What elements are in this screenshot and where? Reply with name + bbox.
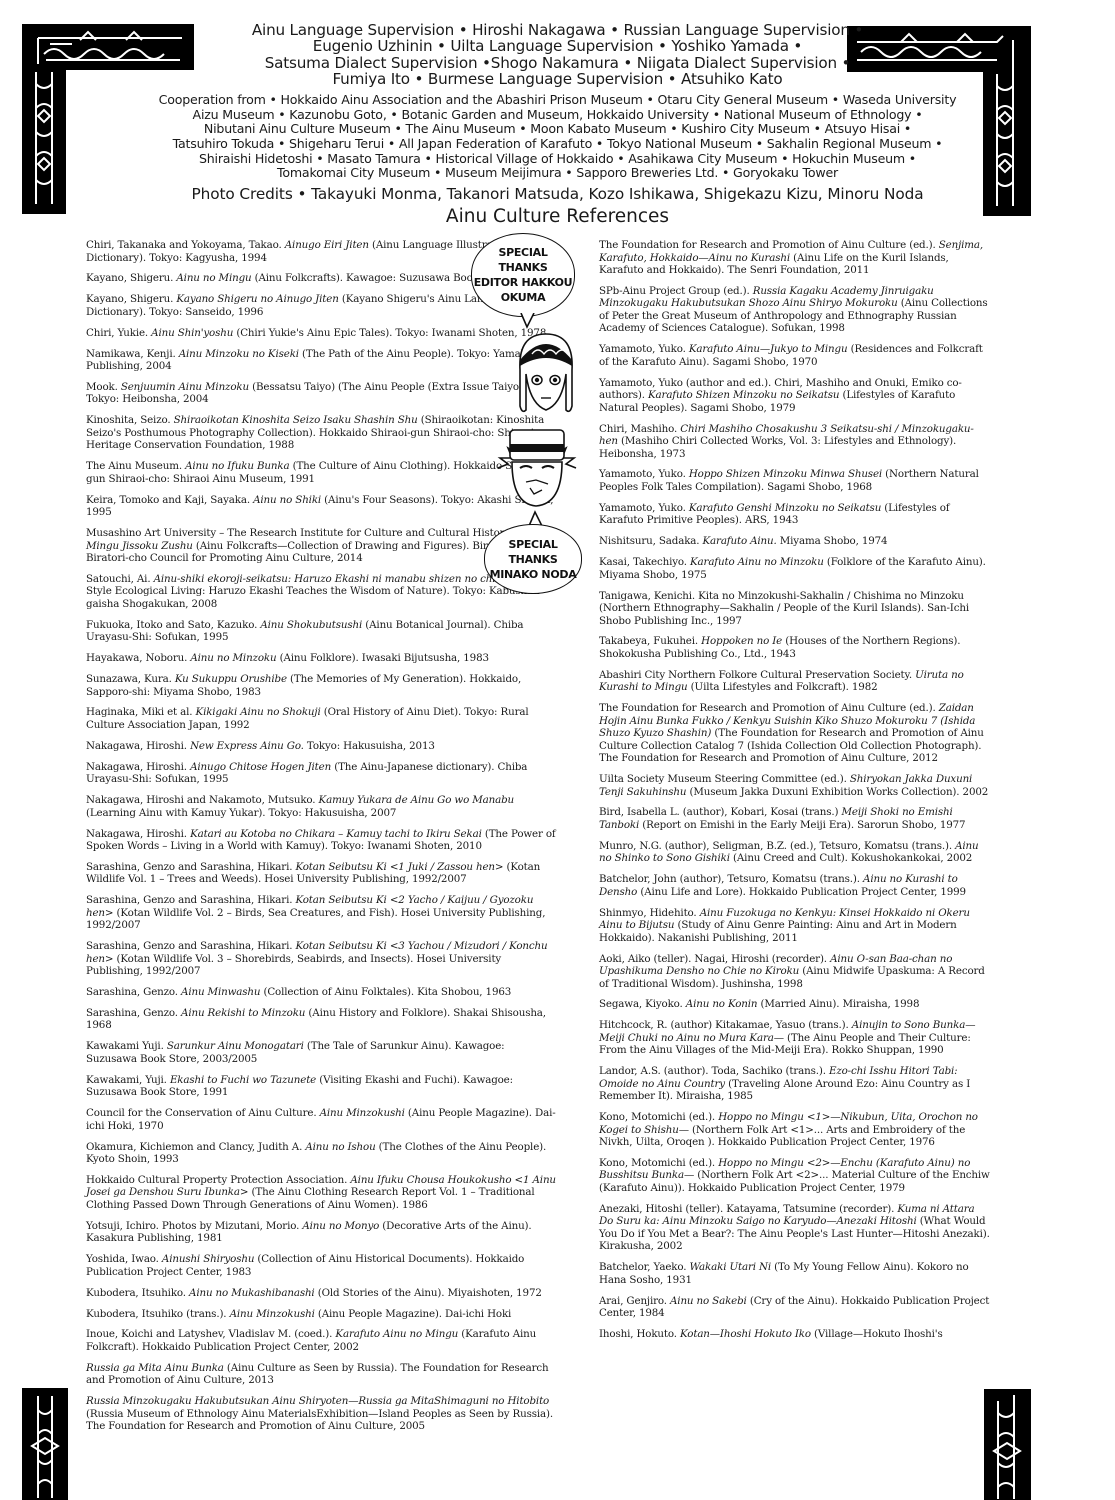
reference-author: Arai, Genjiro. xyxy=(599,1295,670,1307)
reference-title: Kotan Seibutsu Ki <1 Juki / Zassou hen> xyxy=(295,861,503,873)
reference-entry: Fukuoka, Itoko and Sato, Kazuko. Ainu Sh… xyxy=(86,619,556,644)
reference-details: (Ainu Life and Lore). Hokkaido Publicati… xyxy=(637,886,966,898)
reference-author: Takabeya, Fukuhei. xyxy=(599,635,701,647)
reference-author: Kubodera, Itsuhiko. xyxy=(86,1287,189,1299)
reference-author: Kono, Motomichi (ed.). xyxy=(599,1111,718,1123)
reference-title: Katari au Kotoba no Chikara – Kamuy tach… xyxy=(190,828,482,840)
reference-title: Ainu no Mingu xyxy=(176,272,251,284)
cooperation-line: Nibutani Ainu Culture Museum • The Ainu … xyxy=(100,122,1015,137)
reference-entry: Mook. Senjuumin Ainu Minzoku (Bessatsu T… xyxy=(86,381,556,406)
ainu-pattern-icon xyxy=(984,1389,1031,1500)
reference-title: Ainu no Ifuku Bunka xyxy=(185,460,289,472)
reference-author: Kawakami, Yuji. xyxy=(86,1074,170,1086)
reference-author: Hayakawa, Noboru. xyxy=(86,652,190,664)
reference-details: (Russia Museum of Ethnology Ainu Materia… xyxy=(86,1408,553,1433)
reference-details: Tokyo: Hakusuisha, 2013 xyxy=(304,740,435,752)
reference-entry: Chiri, Yukie. Ainu Shin'yoshu (Chiri Yuk… xyxy=(86,327,556,340)
reference-author: Yamamoto, Yuko. xyxy=(599,502,689,514)
reference-details: (Ainu People Magazine). Dai-ichi Hoki xyxy=(315,1308,511,1320)
reference-title: Ainu Minzokushi xyxy=(230,1308,315,1320)
reference-title: Ainu no Konin xyxy=(686,998,758,1010)
reference-entry: Chiri, Mashiho. Chiri Mashiho Chosakushu… xyxy=(599,423,991,461)
reference-entry: Yotsuji, Ichiro. Photos by Mizutani, Mor… xyxy=(86,1220,556,1245)
reference-entry: Satouchi, Ai. Ainu-shiki ekoroji-seikats… xyxy=(86,573,556,611)
reference-entry: Uilta Society Museum Steering Committee … xyxy=(599,773,991,798)
reference-title: Ku Sukuppu Orushibe xyxy=(175,673,287,685)
reference-entry: Hokkaido Cultural Property Protection As… xyxy=(86,1174,556,1212)
reference-entry: Abashiri City Northern Folkore Cultural … xyxy=(599,669,991,694)
reference-author: Yoshida, Iwao. xyxy=(86,1253,162,1265)
reference-title: Ainushi Shiryoshu xyxy=(162,1253,254,1265)
reference-author: Kubodera, Itsuhiko (trans.). xyxy=(86,1308,230,1320)
reference-entry: Landor, A.S. (author). Toda, Sachiko (tr… xyxy=(599,1065,991,1103)
reference-title: Karafuto Shizen Minzoku no Seikatsu xyxy=(648,389,839,401)
reference-entry: Kinoshita, Seizo. Shiraoikotan Kinoshita… xyxy=(86,414,556,452)
reference-entry: Takabeya, Fukuhei. Hoppoken no Ie (House… xyxy=(599,635,991,660)
credits-header: Ainu Language Supervision • Hiroshi Naka… xyxy=(100,22,1015,228)
reference-entry: Arai, Genjiro. Ainu no Sakebi (Cry of th… xyxy=(599,1295,991,1320)
reference-author: Uilta Society Museum Steering Committee … xyxy=(599,773,850,785)
reference-entry: Sarashina, Genzo and Sarashina, Hikari. … xyxy=(86,861,556,886)
reference-entry: Sarashina, Genzo and Sarashina, Hikari. … xyxy=(86,940,556,978)
reference-title: Karafuto Ainu—Jukyo to Mingu xyxy=(689,343,848,355)
supervision-credits: Ainu Language Supervision • Hiroshi Naka… xyxy=(100,22,1015,87)
bubble-text: OKUMA xyxy=(501,290,546,305)
reference-author: SPb-Ainu Project Group (ed.). xyxy=(599,285,753,297)
reference-entry: Okamura, Kichiemon and Clancy, Judith A.… xyxy=(86,1141,556,1166)
cooperation-line: Tomakomai City Museum • Museum Meijimura… xyxy=(100,166,1015,181)
reference-title: Russia Minzokugaku Hakubutsukan Ainu Shi… xyxy=(86,1395,549,1407)
reference-author: Abashiri City Northern Folkore Cultural … xyxy=(599,669,915,681)
reference-entry: SPb-Ainu Project Group (ed.). Russia Kag… xyxy=(599,285,991,335)
reference-title: Ainu-shiki ekoroji-seikatsu: Haruzo Ekas… xyxy=(154,573,502,585)
reference-title: Ainu no Minzoku xyxy=(190,652,276,664)
reference-author: Satouchi, Ai. xyxy=(86,573,154,585)
reference-entry: Kubodera, Itsuhiko. Ainu no Mukashibanas… xyxy=(86,1287,556,1300)
bubble-text: THANKS xyxy=(498,260,547,275)
cooperation-line: Cooperation from • Hokkaido Ainu Associa… xyxy=(100,93,1015,108)
reference-title: Karafuto Ainu no Minzoku xyxy=(690,556,824,568)
reference-title: Ainu Minzoku no Kiseki xyxy=(179,348,299,360)
reference-title: Karafuto Genshi Minzoku no Seikatsu xyxy=(689,502,881,514)
reference-entry: Batchelor, John (author), Tetsuro, Komat… xyxy=(599,873,991,898)
reference-author: Fukuoka, Itoko and Sato, Kazuko. xyxy=(86,619,260,631)
reference-title: Ainu no Ishou xyxy=(305,1141,375,1153)
reference-title: Karafuto Ainu. xyxy=(703,535,777,547)
reference-title: Hoppoken no Ie xyxy=(701,635,782,647)
reference-entry: The Foundation for Research and Promotio… xyxy=(599,239,991,277)
reference-entry: Batchelor, Yaeko. Wakaki Utari Ni (To My… xyxy=(599,1261,991,1286)
reference-title: Russia ga Mita Ainu Bunka xyxy=(86,1362,224,1374)
reference-author: Keira, Tomoko and Kaji, Sayaka. xyxy=(86,494,253,506)
reference-entry: Kawakami, Yuji. Ekashi to Fuchi wo Tazun… xyxy=(86,1074,556,1099)
reference-author: Nishitsuru, Sadaka. xyxy=(599,535,703,547)
reference-author: Batchelor, John (author), Tetsuro, Komat… xyxy=(599,873,863,885)
reference-details: (Ainu Folklore). Iwasaki Bijutsusha, 198… xyxy=(276,652,488,664)
reference-entry: Haginaka, Miki et al. Kikigaki Ainu no S… xyxy=(86,706,556,731)
cooperation-credits: Cooperation from • Hokkaido Ainu Associa… xyxy=(100,93,1015,181)
ainu-pattern-icon xyxy=(22,1388,68,1500)
bubble-text: THANKS xyxy=(508,552,557,567)
reference-details: (Ainu Creed and Cult). Kokushokankokai, … xyxy=(730,852,972,864)
reference-entry: The Foundation for Research and Promotio… xyxy=(599,702,991,765)
speech-bubble-special-thanks-noda: SPECIAL THANKS MINAKO NODA xyxy=(484,524,582,594)
reference-title: Ainu no Mukashibanashi xyxy=(189,1287,315,1299)
supervision-line: Satsuma Dialect Supervision •Shogo Nakam… xyxy=(100,55,1015,71)
reference-title: Ainu Minwashu xyxy=(181,986,260,998)
reference-author: Ihoshi, Hokuto. xyxy=(599,1328,680,1340)
supervision-line: Eugenio Uzhinin • Uilta Language Supervi… xyxy=(100,38,1015,54)
reference-author: Okamura, Kichiemon and Clancy, Judith A. xyxy=(86,1141,305,1153)
reference-title: Ekashi to Fuchi wo Tazunete xyxy=(170,1074,316,1086)
reference-details: (Report on Emishi in the Early Meiji Era… xyxy=(639,819,965,831)
reference-entry: Kubodera, Itsuhiko (trans.). Ainu Minzok… xyxy=(86,1308,556,1321)
supervision-line: Fumiya Ito • Burmese Language Supervisio… xyxy=(100,71,1015,87)
bubble-text: SPECIAL xyxy=(508,537,557,552)
reference-entry: Tanigawa, Kenichi. Kita no Minzokushi-Sa… xyxy=(599,590,991,628)
reference-author: Chiri, Yukie. xyxy=(86,327,151,339)
reference-entry: Nakagawa, Hiroshi and Nakamoto, Mutsuko.… xyxy=(86,794,556,819)
reference-author: Batchelor, Yaeko. xyxy=(599,1261,690,1273)
reference-author: Kinoshita, Seizo. xyxy=(86,414,174,426)
character-face-cap-icon xyxy=(496,428,578,508)
reference-author: The Foundation for Research and Promotio… xyxy=(599,239,939,251)
reference-title: Senjuumin Ainu Minzoku xyxy=(121,381,249,393)
reference-author: Yamamoto, Yuko. xyxy=(599,468,689,480)
reference-entry: Hayakawa, Noboru. Ainu no Minzoku (Ainu … xyxy=(86,652,556,665)
reference-author: The Ainu Museum. xyxy=(86,460,185,472)
reference-title: Kikigaki Ainu no Shokuji xyxy=(196,706,321,718)
reference-author: Sunazawa, Kura. xyxy=(86,673,175,685)
reference-entry: Namikawa, Kenji. Ainu Minzoku no Kiseki … xyxy=(86,348,556,373)
reference-entry: Sarashina, Genzo. Ainu Minwashu (Collect… xyxy=(86,986,556,999)
reference-author: Sarashina, Genzo and Sarashina, Hikari. xyxy=(86,861,295,873)
reference-title: Wakaki Utari Ni xyxy=(690,1261,772,1273)
cooperation-line: Aizu Museum • Kazunobu Goto, • Botanic G… xyxy=(100,108,1015,123)
speech-bubble-tail-icon xyxy=(520,313,536,329)
reference-entry: Hitchcock, R. (author) Kitakamae, Yasuo … xyxy=(599,1019,991,1057)
reference-author: Hokkaido Cultural Property Protection As… xyxy=(86,1174,350,1186)
reference-entry: Nishitsuru, Sadaka. Karafuto Ainu. Miyam… xyxy=(599,535,991,548)
reference-title: Karafuto Ainu no Mingu xyxy=(335,1328,458,1340)
reference-entry: Nakagawa, Hiroshi. New Express Ainu Go. … xyxy=(86,740,556,753)
reference-title: Sarunkur Ainu Monogatari xyxy=(167,1040,304,1052)
reference-entry: Aoki, Aiko (teller). Nagai, Hiroshi (rec… xyxy=(599,953,991,991)
reference-author: Chiri, Mashiho. xyxy=(599,423,680,435)
reference-author: Anezaki, Hitoshi (teller). Katayama, Tat… xyxy=(599,1203,897,1215)
reference-title: Ainugo Chitose Hogen Jiten xyxy=(190,761,331,773)
reference-entry: Segawa, Kiyoko. Ainu no Konin (Married A… xyxy=(599,998,991,1011)
reference-details: (Chiri Yukie's Ainu Epic Tales). Tokyo: … xyxy=(233,327,546,339)
reference-author: Kawakami Yuji. xyxy=(86,1040,167,1052)
reference-author: Yamamoto, Yuko. xyxy=(599,343,689,355)
bubble-text: MINAKO NODA xyxy=(490,567,577,582)
photo-credits: Photo Credits • Takayuki Monma, Takanori… xyxy=(100,185,1015,203)
reference-author: Sarashina, Genzo. xyxy=(86,986,181,998)
reference-author: Hitchcock, R. (author) Kitakamae, Yasuo … xyxy=(599,1019,852,1031)
reference-author: Haginaka, Miki et al. xyxy=(86,706,196,718)
reference-entry: Yamamoto, Yuko. Karafuto Ainu—Jukyo to M… xyxy=(599,343,991,368)
reference-title: Ainu no Sakebi xyxy=(670,1295,747,1307)
reference-details: (Kotan Wildlife Vol. 3 – Shorebirds, Sea… xyxy=(86,953,501,978)
reference-details: (Learning Ainu with Kamuy Yukar). Tokyo:… xyxy=(86,807,396,819)
reference-author: Inoue, Koichi and Latyshev, Vladislav M.… xyxy=(86,1328,335,1340)
references-heading: Ainu Culture References xyxy=(100,206,1015,228)
reference-title: New Express Ainu Go. xyxy=(190,740,304,752)
reference-details: (Village—Hokuto Ihoshi's xyxy=(811,1328,943,1340)
reference-entry: Anezaki, Hitoshi (teller). Katayama, Tat… xyxy=(599,1203,991,1253)
bubble-text: EDITOR HAKKOU xyxy=(474,275,573,290)
reference-entry: Russia ga Mita Ainu Bunka (Ainu Culture … xyxy=(86,1362,556,1387)
reference-author: Kasai, Takechiyo. xyxy=(599,556,690,568)
reference-entry: Sarashina, Genzo. Ainu Rekishi to Minzok… xyxy=(86,1007,556,1032)
reference-entry: Yoshida, Iwao. Ainushi Shiryoshu (Collec… xyxy=(86,1253,556,1278)
reference-entry: Yamamoto, Yuko (author and ed.). Chiri, … xyxy=(599,377,991,415)
reference-author: Namikawa, Kenji. xyxy=(86,348,179,360)
bubble-text: SPECIAL xyxy=(498,245,547,260)
reference-details: (Collection of Ainu Folktales). Kita Sho… xyxy=(260,986,511,998)
reference-title: Kayano Shigeru no Ainugo Jiten xyxy=(176,293,338,305)
reference-entry: Inoue, Koichi and Latyshev, Vladislav M.… xyxy=(86,1328,556,1353)
reference-details: (Museum Jakka Duxuni Exhibition Works Co… xyxy=(686,786,988,798)
cooperation-line: Shiraishi Hidetoshi • Masato Tamura • Hi… xyxy=(100,152,1015,167)
reference-entry: Sarashina, Genzo and Sarashina, Hikari. … xyxy=(86,894,556,932)
reference-author: Sarashina, Genzo. xyxy=(86,1007,181,1019)
reference-author: Council for the Conservation of Ainu Cul… xyxy=(86,1107,320,1119)
reference-author: Yotsuji, Ichiro. Photos by Mizutani, Mor… xyxy=(86,1220,302,1232)
reference-title: Kamuy Yukara de Ainu Go wo Manabu xyxy=(319,794,515,806)
reference-title: Hoppo Shizen Minzoku Minwa Shusei xyxy=(689,468,882,480)
reference-title: Kotan—Ihoshi Hokuto Iko xyxy=(680,1328,811,1340)
reference-entry: Shinmyo, Hidehito. Ainu Fuzokuga no Kenk… xyxy=(599,907,991,945)
reference-details: (Married Ainu). Miraisha, 1998 xyxy=(757,998,919,1010)
reference-entry: Russia Minzokugaku Hakubutsukan Ainu Shi… xyxy=(86,1395,556,1433)
reference-entry: Kono, Motomichi (ed.). Hoppo no Mingu <1… xyxy=(599,1111,991,1149)
reference-entry: Council for the Conservation of Ainu Cul… xyxy=(86,1107,556,1132)
reference-author: Segawa, Kiyoko. xyxy=(599,998,686,1010)
references-left-column: Chiri, Takanaka and Yokoyama, Takao. Ain… xyxy=(86,239,556,1441)
reference-author: Chiri, Takanaka and Yokoyama, Takao. xyxy=(86,239,285,251)
reference-author: Nakagawa, Hiroshi. xyxy=(86,828,190,840)
reference-title: Ainu Minzokushi xyxy=(320,1107,405,1119)
reference-title: Ainu Shokubutsushi xyxy=(260,619,362,631)
reference-author: Musashino Art University – The Research … xyxy=(86,527,515,539)
reference-entry: Nakagawa, Hiroshi. Ainugo Chitose Hogen … xyxy=(86,761,556,786)
reference-author: Nakagawa, Hiroshi and Nakamoto, Mutsuko. xyxy=(86,794,319,806)
reference-author: Munro, N.G. (author), Seligman, B.Z. (ed… xyxy=(599,840,955,852)
reference-entry: Kasai, Takechiyo. Karafuto Ainu no Minzo… xyxy=(599,556,991,581)
references-right-column: The Foundation for Research and Promotio… xyxy=(599,239,991,1349)
reference-entry: Nakagawa, Hiroshi. Katari au Kotoba no C… xyxy=(86,828,556,853)
reference-author: Kayano, Shigeru. xyxy=(86,293,176,305)
character-face-headband-icon xyxy=(510,330,582,418)
reference-author: Mook. xyxy=(86,381,121,393)
reference-details: (Mashiho Chiri Collected Works, Vol. 3: … xyxy=(599,435,956,460)
reference-entry: Bird, Isabella L. (author), Kobari, Kosa… xyxy=(599,806,991,831)
reference-entry: Munro, N.G. (author), Seligman, B.Z. (ed… xyxy=(599,840,991,865)
reference-author: Tanigawa, Kenichi. Kita no Minzokushi-Sa… xyxy=(599,590,969,627)
reference-details: (Kotan Wildlife Vol. 2 – Birds, Sea Crea… xyxy=(86,907,545,932)
reference-author: Nakagawa, Hiroshi. xyxy=(86,761,190,773)
reference-entry: Sunazawa, Kura. Ku Sukuppu Orushibe (The… xyxy=(86,673,556,698)
reference-entry: The Ainu Museum. Ainu no Ifuku Bunka (Th… xyxy=(86,460,556,485)
ainu-pattern-border-bottom-left xyxy=(22,1388,68,1500)
reference-author: The Foundation for Research and Promotio… xyxy=(599,702,939,714)
reference-title: Ainu Shin'yoshu xyxy=(151,327,233,339)
reference-entry: Keira, Tomoko and Kaji, Sayaka. Ainu no … xyxy=(86,494,556,519)
speech-bubble-special-thanks-okuma: SPECIAL THANKS EDITOR HAKKOU OKUMA xyxy=(471,233,575,317)
reference-title: Shiraoikotan Kinoshita Seizo Isaku Shash… xyxy=(174,414,418,426)
reference-title: Ainu Rekishi to Minzoku xyxy=(181,1007,305,1019)
reference-entry: Yamamoto, Yuko. Hoppo Shizen Minzoku Min… xyxy=(599,468,991,493)
reference-entry: Kono, Motomichi (ed.). Hoppo no Mingu <2… xyxy=(599,1157,991,1195)
reference-author: Kono, Motomichi (ed.). xyxy=(599,1157,718,1169)
reference-author: Nakagawa, Hiroshi. xyxy=(86,740,190,752)
ainu-pattern-border-bottom-right xyxy=(984,1389,1031,1500)
reference-details: Miyama Shobo, 1974 xyxy=(777,535,888,547)
cooperation-line: Tatsuhiro Tokuda • Shigeharu Terui • All… xyxy=(100,137,1015,152)
reference-title: Ainu no Monyo xyxy=(302,1220,379,1232)
reference-entry: Ihoshi, Hokuto. Kotan—Ihoshi Hokuto Iko … xyxy=(599,1328,991,1341)
reference-entry: Yamamoto, Yuko. Karafuto Genshi Minzoku … xyxy=(599,502,991,527)
reference-title: Ainu no Shiki xyxy=(253,494,321,506)
reference-details: (Old Stories of the Ainu). Miyaishoten, … xyxy=(315,1287,542,1299)
reference-author: Bird, Isabella L. (author), Kobari, Kosa… xyxy=(599,806,841,818)
reference-author: Aoki, Aiko (teller). Nagai, Hiroshi (rec… xyxy=(599,953,830,965)
supervision-line: Ainu Language Supervision • Hiroshi Naka… xyxy=(100,22,1015,38)
reference-title: Ainugo Eiri Jiten xyxy=(285,239,369,251)
reference-details: (Uilta Lifestyles and Folkcraft). 1982 xyxy=(688,681,878,693)
reference-author: Kayano, Shigeru. xyxy=(86,272,176,284)
reference-author: Sarashina, Genzo and Sarashina, Hikari. xyxy=(86,894,295,906)
reference-author: Shinmyo, Hidehito. xyxy=(599,907,700,919)
reference-author: Landor, A.S. (author). Toda, Sachiko (tr… xyxy=(599,1065,829,1077)
reference-author: Sarashina, Genzo and Sarashina, Hikari. xyxy=(86,940,295,952)
reference-entry: Kawakami Yuji. Sarunkur Ainu Monogatari … xyxy=(86,1040,556,1065)
